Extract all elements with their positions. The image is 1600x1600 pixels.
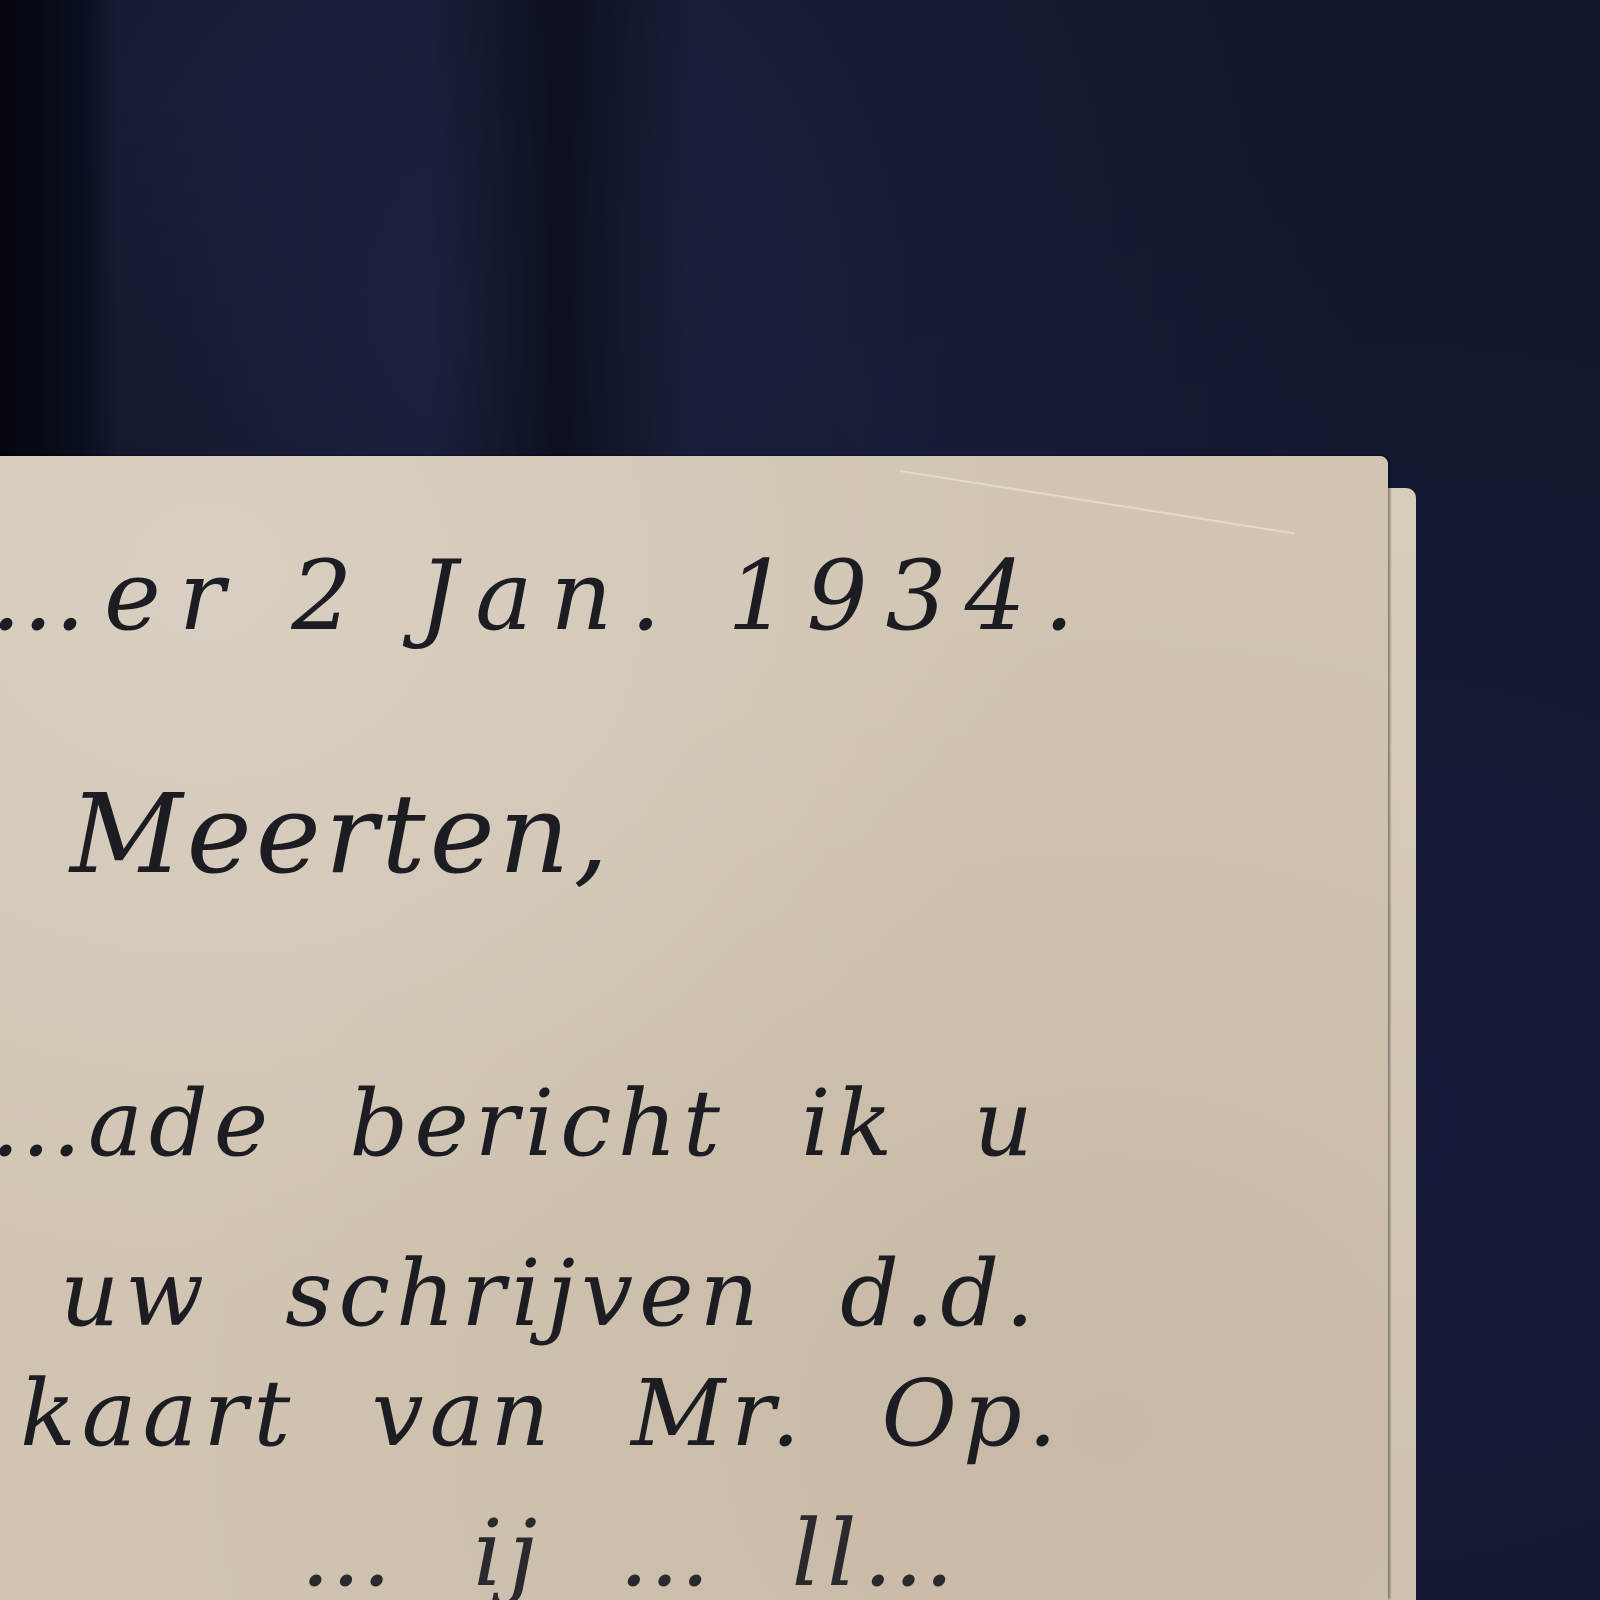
letter-date: …er 2 Jan. 1934. [0, 540, 1092, 652]
letter-body-line: kaart van Mr. Op. [20, 1360, 1063, 1467]
letter-body-line: …ade bericht ik u [0, 1070, 1039, 1177]
letter-body-line: uw schrijven d.d. [60, 1240, 1040, 1347]
fabric-background-fold [430, 0, 690, 470]
fabric-background-shadow [0, 0, 120, 470]
letter-body-line: … ij … ll… [300, 1500, 961, 1600]
letter-salutation: Meerten, [70, 770, 613, 898]
